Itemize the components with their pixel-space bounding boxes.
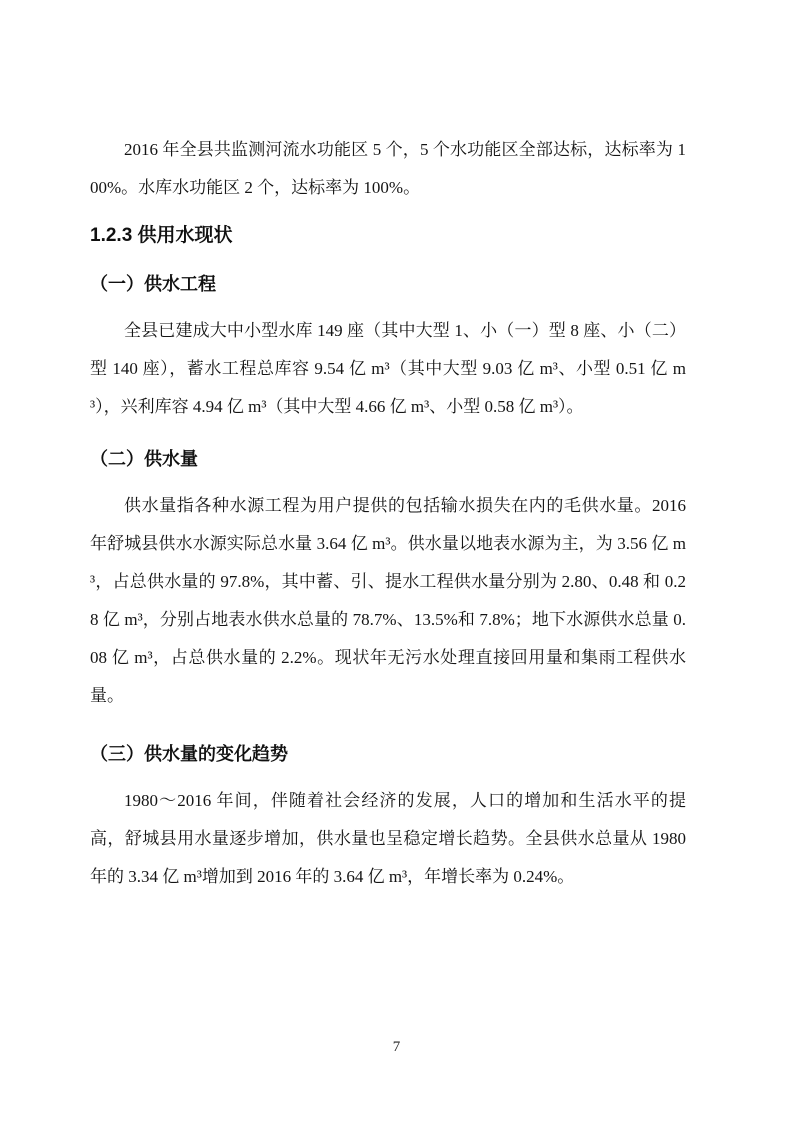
subsection-heading-water-supply-volume: （二）供水量 [90,444,686,474]
subsection-heading-water-supply-works: （一）供水工程 [90,269,686,299]
paragraph-reservoir-capacity: 全县已建成大中小型水库 149 座（其中大型 1、小（一）型 8 座、小（二）型… [90,312,686,426]
paragraph-water-function-zones: 2016 年全县共监测河流水功能区 5 个，5 个水功能区全部达标，达标率为 1… [90,131,686,207]
document-content: 2016 年全县共监测河流水功能区 5 个，5 个水功能区全部达标，达标率为 1… [90,131,686,896]
document-page: 2016 年全县共监测河流水功能区 5 个，5 个水功能区全部达标，达标率为 1… [0,0,793,1122]
paragraph-supply-trend-detail: 1980～2016 年间，伴随着社会经济的发展，人口的增加和生活水平的提高，舒城… [90,782,686,896]
section-heading-supply-use-status: 1.2.3 供用水现状 [90,221,686,251]
subsection-heading-supply-trend: （三）供水量的变化趋势 [90,739,686,769]
page-number: 7 [0,1036,793,1058]
paragraph-supply-volume-detail: 供水量指各种水源工程为用户提供的包括输水损失在内的毛供水量。2016 年舒城县供… [90,487,686,715]
